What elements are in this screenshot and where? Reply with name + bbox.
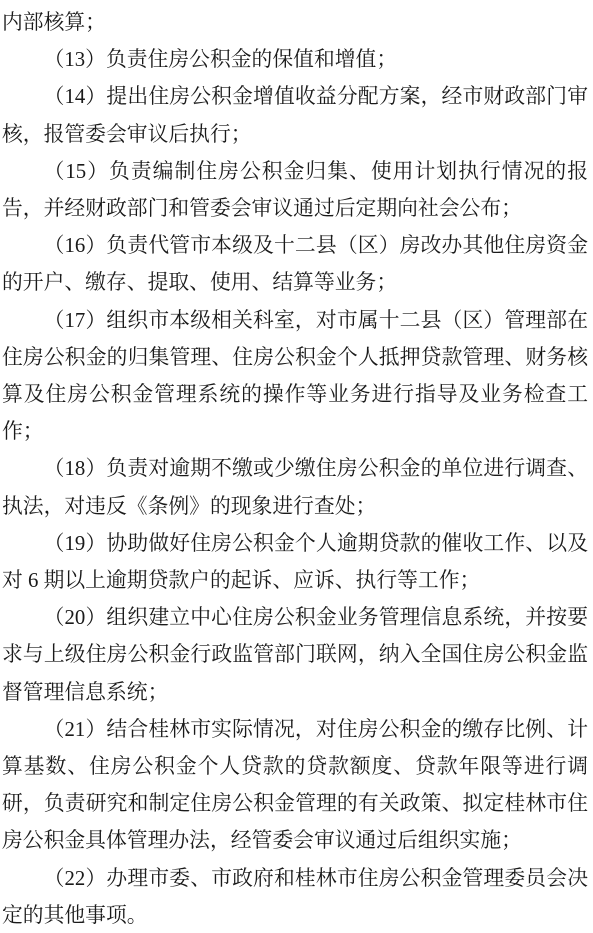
paragraph-item-17: （17）组织市本级相关科室，对市属十二县（区）管理部在住房公积金的归集管理、住房… [2,302,588,451]
paragraph-item-14: （14）提出住房公积金增值收益分配方案，经市财政部门审核，报管委会审议后执行； [2,78,588,152]
paragraph-item-20: （20）组织建立中心住房公积金业务管理信息系统，并按要求与上级住房公积金行政监管… [2,599,588,711]
paragraph-continuation: 内部核算； [2,4,588,41]
paragraph-item-16: （16）负责代管市本级及十二县（区）房改办其他住房资金的开户、缴存、提取、使用、… [2,227,588,301]
paragraph-item-15: （15）负责编制住房公积金归集、使用计划执行情况的报告，并经财政部门和管委会审议… [2,153,588,227]
paragraph-item-13: （13）负责住房公积金的保值和增值； [2,41,588,78]
paragraph-item-18: （18）负责对逾期不缴或少缴住房公积金的单位进行调查、执法，对违反《条例》的现象… [2,450,588,524]
paragraph-item-22: （22）办理市委、市政府和桂林市住房公积金管理委员会决定的其他事项。 [2,860,588,933]
paragraph-item-19: （19）协助做好住房公积金个人逾期贷款的催收工作、以及对 6 期以上逾期贷款户的… [2,525,588,599]
document-page: 内部核算； （13）负责住房公积金的保值和增值； （14）提出住房公积金增值收益… [0,0,593,933]
paragraph-item-21: （21）结合桂林市实际情况，对住房公积金的缴存比例、计算基数、住房公积金个人贷款… [2,711,588,860]
